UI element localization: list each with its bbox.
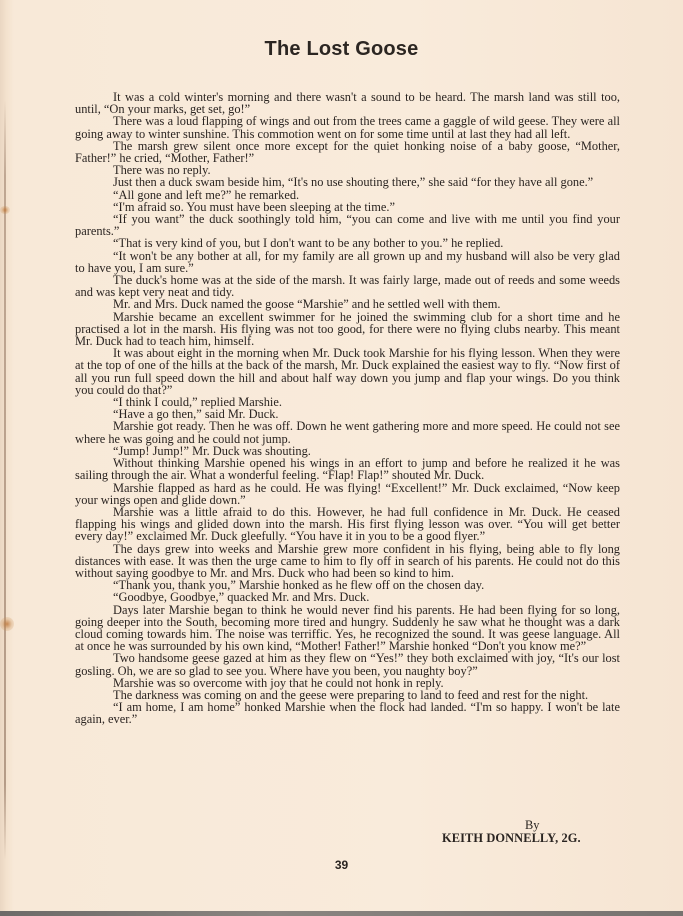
paragraph: The duck's home was at the side of the m… [75, 274, 620, 298]
paragraph: “If you want” the duck soothingly told h… [75, 213, 620, 237]
paragraph: “It won't be any bother at all, for my f… [75, 250, 620, 274]
paragraph: “All gone and left me?” he remarked. [75, 189, 620, 201]
paragraph: Marshie was a little afraid to do this. … [75, 506, 620, 543]
paragraph: The marsh grew silent once more except f… [75, 140, 620, 164]
paragraph: Mr. and Mrs. Duck named the goose “Marsh… [75, 298, 620, 310]
scanned-page: The Lost Goose It was a cold winter's mo… [0, 0, 683, 916]
paragraph: “That is very kind of you, but I don't w… [75, 237, 620, 249]
paragraph: Just then a duck swam beside him, “It's … [75, 176, 620, 188]
paper-stain [0, 617, 14, 631]
paragraph: “I am home, I am home” honked Marshie wh… [75, 701, 620, 725]
paragraph: Without thinking Marshie opened his wing… [75, 457, 620, 481]
paragraph: Marshie became an excellent swimmer for … [75, 311, 620, 348]
page-spine-shadow [4, 100, 6, 860]
story-title: The Lost Goose [0, 38, 683, 61]
paper-stain [0, 206, 10, 214]
page-bottom-edge [0, 911, 683, 916]
paragraph: There was a loud flapping of wings and o… [75, 115, 620, 139]
author-name: KEITH DONNELLY, 2G. [442, 831, 581, 846]
story-body: It was a cold winter's morning and there… [75, 91, 620, 726]
paragraph: Marshie got ready. Then he was off. Down… [75, 420, 620, 444]
paragraph: Marshie flapped as hard as he could. He … [75, 482, 620, 506]
paragraph: Two handsome geese gazed at him as they … [75, 652, 620, 676]
paragraph: Days later Marshie began to think he wou… [75, 604, 620, 653]
page-number: 39 [0, 858, 683, 872]
paragraph: It was a cold winter's morning and there… [75, 91, 620, 115]
paragraph: The days grew into weeks and Marshie gre… [75, 543, 620, 580]
paragraph: “Goodbye, Goodbye,” quacked Mr. and Mrs.… [75, 591, 620, 603]
paragraph: It was about eight in the morning when M… [75, 347, 620, 396]
